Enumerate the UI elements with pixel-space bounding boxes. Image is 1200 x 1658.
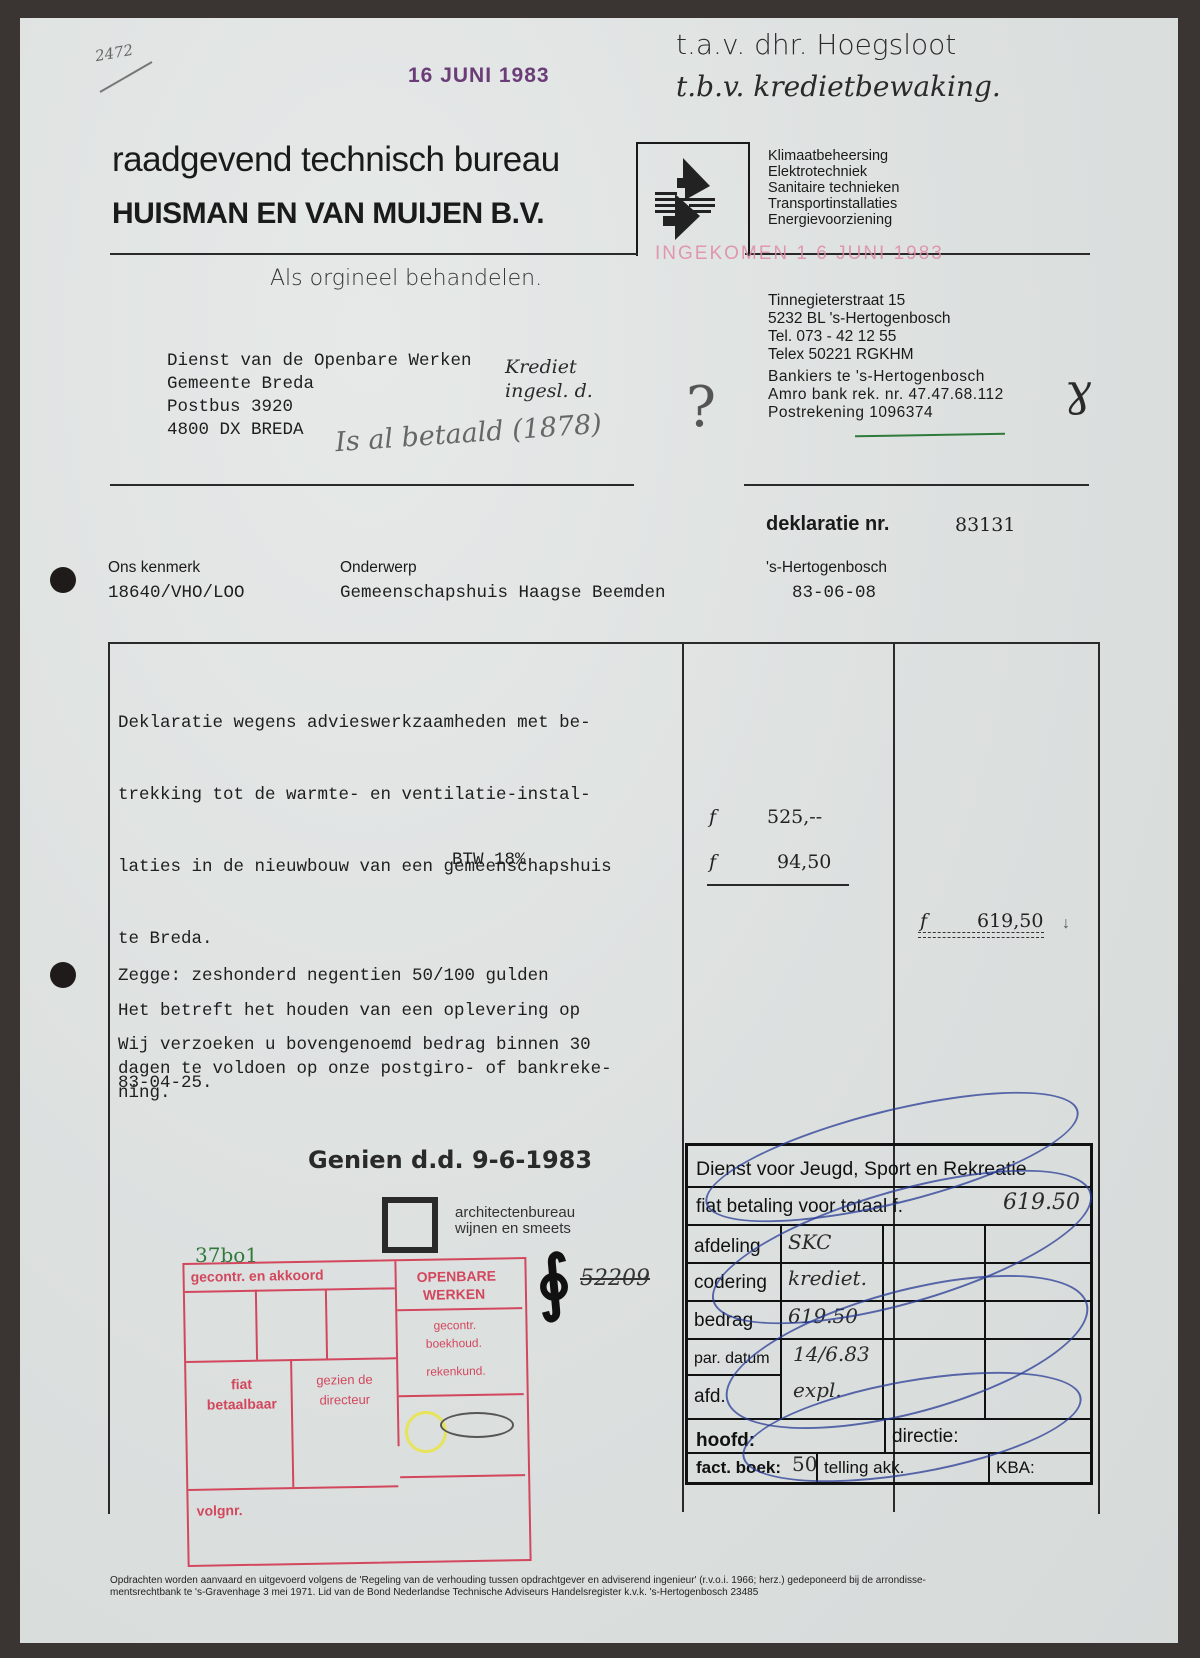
handwritten-received-date: Genien d.d. 9-6-1983 xyxy=(308,1146,592,1174)
currency-symbol-total: f xyxy=(920,910,927,932)
punch-hole-bottom xyxy=(50,962,76,988)
handwritten-crossed-number: 52209 xyxy=(580,1266,650,1291)
recipient-line: Dienst van de Openbare Werken xyxy=(167,350,472,373)
description-line: laties in de nieuwbouw van een gemeensch… xyxy=(118,855,612,879)
received-date-stamp: 16 JUNI 1983 xyxy=(408,64,550,88)
architect-stamp-text: architectenbureau wijnen en smeets xyxy=(455,1205,575,1237)
architect-line: wijnen en smeets xyxy=(455,1221,575,1237)
red-stamp-volgnr: volgnr. xyxy=(197,1502,243,1519)
address-rule-right xyxy=(744,484,1089,486)
red-stamp-rekenkund: rekenkund. xyxy=(426,1364,486,1379)
handwritten-instruction: Als orgineel behandelen. xyxy=(270,266,542,291)
architect-stamp-logo xyxy=(382,1197,438,1253)
djsr-row-label: afd. xyxy=(694,1386,726,1408)
tick-mark: ↓ xyxy=(1062,915,1070,933)
table-divider-1 xyxy=(682,642,684,1512)
letterhead-rule-left xyxy=(110,253,638,255)
red-stamp-gezien: gezien de directeur xyxy=(296,1369,393,1411)
red-stamp-fiat: fiat betaalbaar xyxy=(196,1373,287,1415)
letterhead-company-name: HUISMAN EN VAN MUIJEN B.V. xyxy=(112,197,544,231)
architect-line: architectenbureau xyxy=(455,1205,575,1221)
contact-line: 5232 BL 's-Hertogenbosch xyxy=(768,310,1004,328)
description-line: trekking tot de warmte- en ventilatie-in… xyxy=(118,783,612,807)
total-amount: 619,50 xyxy=(977,910,1043,932)
subtotal-amount: 525,-- xyxy=(767,806,822,828)
reference-value: 18640/VHO/LOO xyxy=(108,583,245,603)
payment-line: Wij verzoeken u bovengenoemd bedrag binn… xyxy=(118,1033,612,1057)
arrows-logo-icon xyxy=(655,158,725,240)
service-item: Transportinstallaties xyxy=(768,196,899,212)
handwritten-attention-line1: t.a.v. dhr. Hoegsloot xyxy=(676,28,956,61)
handwritten-question-mark: ? xyxy=(686,375,716,440)
letterhead-tagline: raadgevend technisch bureau xyxy=(112,140,560,180)
payment-line: dagen te voldoen op onze postgiro- of ba… xyxy=(118,1057,612,1081)
reference-label: Ons kenmerk xyxy=(108,559,200,577)
declaration-number: 83131 xyxy=(955,514,1015,536)
legal-footer: Opdrachten worden aanvaard en uitgevoerd… xyxy=(110,1575,1100,1599)
vat-amount: 94,50 xyxy=(777,851,831,873)
red-stamp-werken: WERKEN xyxy=(423,1286,486,1303)
handwritten-attention-line2: t.b.v. kredietbewaking. xyxy=(676,70,1001,103)
recipient-line: Postbus 3920 xyxy=(167,396,472,419)
red-stamp-boekhoud: boekhoud. xyxy=(426,1336,482,1351)
handwritten-initial-right: ɣ xyxy=(1065,365,1091,416)
address-rule-left xyxy=(110,484,634,486)
djsr-kba-label: KBA: xyxy=(996,1458,1035,1478)
yellow-highlight-mark xyxy=(405,1411,447,1453)
service-item: Energievoorziening xyxy=(768,212,899,228)
declaration-label: deklaratie nr. xyxy=(766,513,889,536)
place-label: 's-Hertogenbosch xyxy=(766,559,887,577)
date-value: 83-06-08 xyxy=(792,583,876,603)
total-double-underline xyxy=(918,932,1044,938)
footer-line: Opdrachten worden aanvaard en uitgevoerd… xyxy=(110,1575,1100,1587)
contact-line: Telex 50221 RGKHM xyxy=(768,346,1004,364)
red-stamp-gecontr: gecontr. xyxy=(433,1318,476,1333)
contact-line: Tinnegieterstraat 15 xyxy=(768,292,1004,310)
red-stamp-openbare: OPENBARE xyxy=(417,1268,497,1285)
red-stamp-rule xyxy=(185,1287,395,1293)
red-stamp-header-left: gecontr. en akkoord xyxy=(190,1267,323,1285)
sender-contact-block: Tinnegieterstraat 15 5232 BL 's-Hertogen… xyxy=(768,292,1004,422)
handwritten-krediet-note: Krediet ingesl. d. xyxy=(505,355,645,403)
amount-in-words: Zegge: zeshonderd negentien 50/100 gulde… xyxy=(118,966,549,986)
payment-request: Wij verzoeken u bovengenoemd bedrag binn… xyxy=(118,1033,612,1105)
ingekomen-stamp: INGEKOMEN 1 6 JUNI 1983 xyxy=(655,243,944,265)
bank-line: Bankiers te 's-Hertogenbosch xyxy=(768,368,1004,386)
currency-symbol-subtotal: f xyxy=(709,806,716,828)
contact-line: Tel. 073 - 42 12 55 xyxy=(768,328,1004,346)
description-line: te Breda. xyxy=(118,927,612,951)
punch-hole-top xyxy=(50,567,76,593)
recipient-line: Gemeente Breda xyxy=(167,373,472,396)
service-item: Sanitaire technieken xyxy=(768,180,899,196)
bank-line: Postrekening 1096374 xyxy=(768,404,1004,422)
bank-line: Amro bank rek. nr. 47.47.68.112 xyxy=(768,386,1004,404)
service-item: Elektrotechniek xyxy=(768,164,899,180)
vat-label: BTW 18% xyxy=(452,850,526,870)
description-line: Deklaratie wegens advieswerkzaamheden me… xyxy=(118,711,612,735)
services-list: Klimaatbeheersing Elektrotechniek Sanita… xyxy=(768,148,899,228)
description-line: Het betreft het houden van een opleverin… xyxy=(118,999,612,1023)
subject-value: Gemeenschapshuis Haagse Beemden xyxy=(340,583,666,603)
pencil-loop-mark xyxy=(440,1412,514,1438)
currency-symbol-vat: f xyxy=(709,851,716,873)
service-item: Klimaatbeheersing xyxy=(768,148,899,164)
footer-line: mentsrechtbank te 's-Gravenhage 3 mei 19… xyxy=(110,1587,1100,1599)
subtotal-rule xyxy=(707,884,849,886)
subject-label: Onderwerp xyxy=(340,559,417,577)
payment-line: ning. xyxy=(118,1081,612,1105)
